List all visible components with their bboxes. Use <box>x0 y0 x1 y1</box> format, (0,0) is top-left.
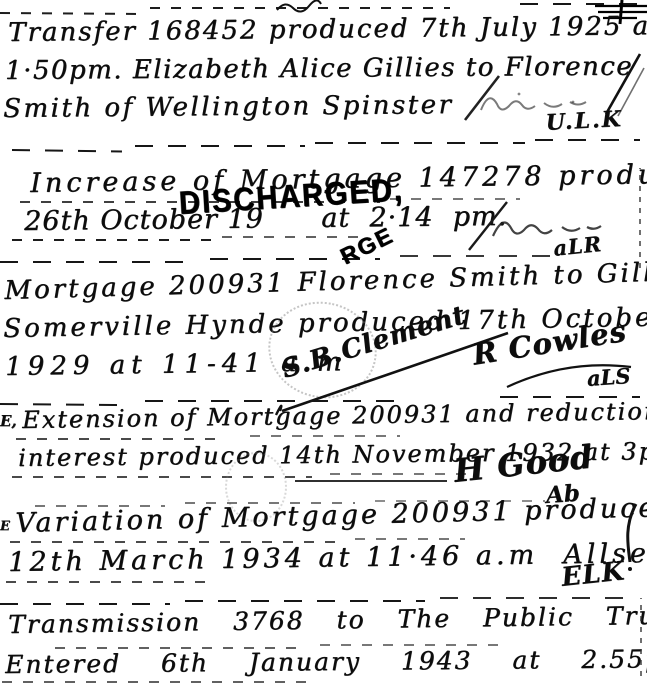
entry-mortgage-line1: Mortgage 200931 Florence Smith to Gilber… <box>4 256 647 306</box>
baseline-dashes <box>12 239 212 241</box>
baseline-dashes <box>320 644 500 646</box>
clerk-initials: aLS <box>586 363 631 391</box>
ruled-line <box>135 145 305 147</box>
entry-transmission-line2: Entered 6th January 1943 at 2.55p <box>5 644 647 679</box>
top-scribble-mark <box>275 0 325 12</box>
ruled-line <box>315 142 525 144</box>
baseline-dashes <box>16 438 226 440</box>
baseline-dashes <box>222 236 362 238</box>
baseline-dashes <box>10 541 340 543</box>
baseline-dashes <box>250 435 400 437</box>
entry-variation-line2: 12th March 1934 at 11·46 a.m Allsee <box>8 538 647 578</box>
baseline-dashes <box>6 581 216 583</box>
ruled-line <box>0 603 170 605</box>
entry-transmission-line1: Transmission 3768 to The Public Trustee <box>8 600 647 639</box>
baseline-dashes <box>355 538 465 540</box>
clerk-initials: ELK <box>560 556 626 592</box>
ruled-line <box>400 255 560 257</box>
left-edge-mark: E <box>0 519 10 534</box>
ruled-line <box>185 600 425 602</box>
baseline-dashes <box>330 473 470 475</box>
ruled-line <box>0 261 190 263</box>
scanned-register-page: Transfer 168452 produced 7th July 1925 a… <box>0 0 647 683</box>
baseline-dashes <box>55 647 305 649</box>
ruled-line <box>0 12 140 15</box>
margin-rule <box>640 598 642 676</box>
clerk-initials: U.L.K <box>545 106 623 136</box>
entry-transfer-line1: Transfer 168452 produced 7th July 1925 a… <box>8 11 647 48</box>
ruled-line <box>12 149 122 153</box>
ruled-line <box>440 597 630 599</box>
ruled-line <box>535 139 640 141</box>
pen-dash <box>295 480 447 482</box>
entry-transfer-line3: Smith of Wellington Spinster <box>3 90 454 124</box>
entry-extension-line1: Extension of Mortgage 200931 and reducti… <box>22 397 647 434</box>
entry-variation-line1: Variation of Mortgage 200931 produced <box>15 492 647 539</box>
left-edge-mark: E, <box>0 412 17 430</box>
margin-rule <box>639 168 641 268</box>
